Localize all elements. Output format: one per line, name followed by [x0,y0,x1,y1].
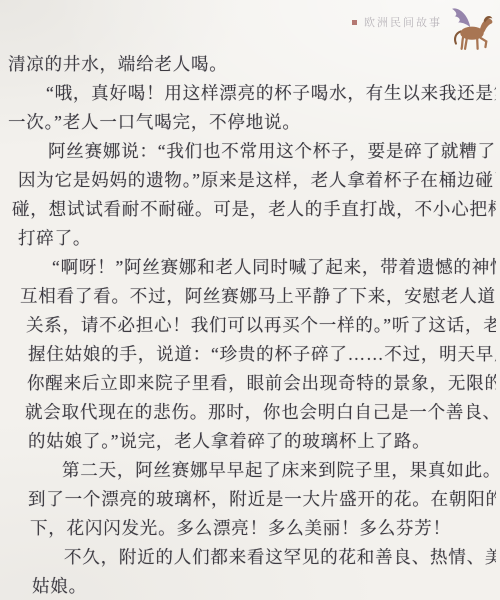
text-line: 因为它是妈妈的遗物。”原来是这样，老人拿着杯子在桶边碰了 [0,166,496,195]
book-page: 欧洲民间故事 清凉的井水，端给老人喝。“哦，真好喝！用这样漂亮的杯子喝水，有生以… [0,0,500,600]
text-line: 一次。”老人一口气喝完，不停地说。 [0,108,496,137]
text-line: 你醒来后立即来院子里看，眼前会出现奇特的景象，无限的喜悦 [0,369,496,398]
header-bullet-icon [352,20,357,25]
text-line: 到了一个漂亮的玻璃杯，附近是一大片盛开的花。在朝阳的映照 [0,485,496,514]
text-line: 不久，附近的人们都来看这罕见的花和善良、热情、美丽的 [0,543,496,572]
text-line: 下，花闪闪发光。多么漂亮！多么美丽！多么芬芳！ [0,514,496,543]
story-text: 清凉的井水，端给老人喝。“哦，真好喝！用这样漂亮的杯子喝水，有生以来我还是第一次… [0,50,496,600]
text-line: 握住姑娘的手，说道：“珍贵的杯子碎了……不过，明天早晨， [0,340,496,369]
pegasus-icon [446,2,498,54]
text-line: “哦，真好喝！用这样漂亮的杯子喝水，有生以来我还是第 [0,79,496,108]
series-title: 欧洲民间故事 [364,14,442,30]
text-line: 就会取代现在的悲伤。那时，你也会明白自己是一个善良、美丽 [0,398,496,427]
page-header: 欧洲民间故事 [352,14,442,30]
text-line: 的姑娘了。”说完，老人拿着碎了的玻璃杯上了路。 [0,427,496,456]
text-line: 姑娘。 [0,572,496,600]
text-line: 阿丝赛娜说：“我们也不常用这个杯子，要是碎了就糟了， [0,137,496,166]
text-line: 碰，想试试看耐不耐碰。可是，老人的手直打战，不小心把杯子 [0,195,496,224]
text-line: 关系，请不必担心！我们可以再买个一样的。”听了这话，老人 [0,311,496,340]
text-line: 清凉的井水，端给老人喝。 [0,50,496,79]
text-line: 第二天，阿丝赛娜早早起了床来到院子里，果真如此。她看 [0,456,496,485]
text-line: “啊呀！”阿丝赛娜和老人同时喊了起来，带着遗憾的神情 [0,253,496,282]
text-line: 打碎了。 [0,224,496,253]
text-line: 互相看了看。不过，阿丝赛娜马上平静了下来，安慰老人道：“没 [0,282,496,311]
